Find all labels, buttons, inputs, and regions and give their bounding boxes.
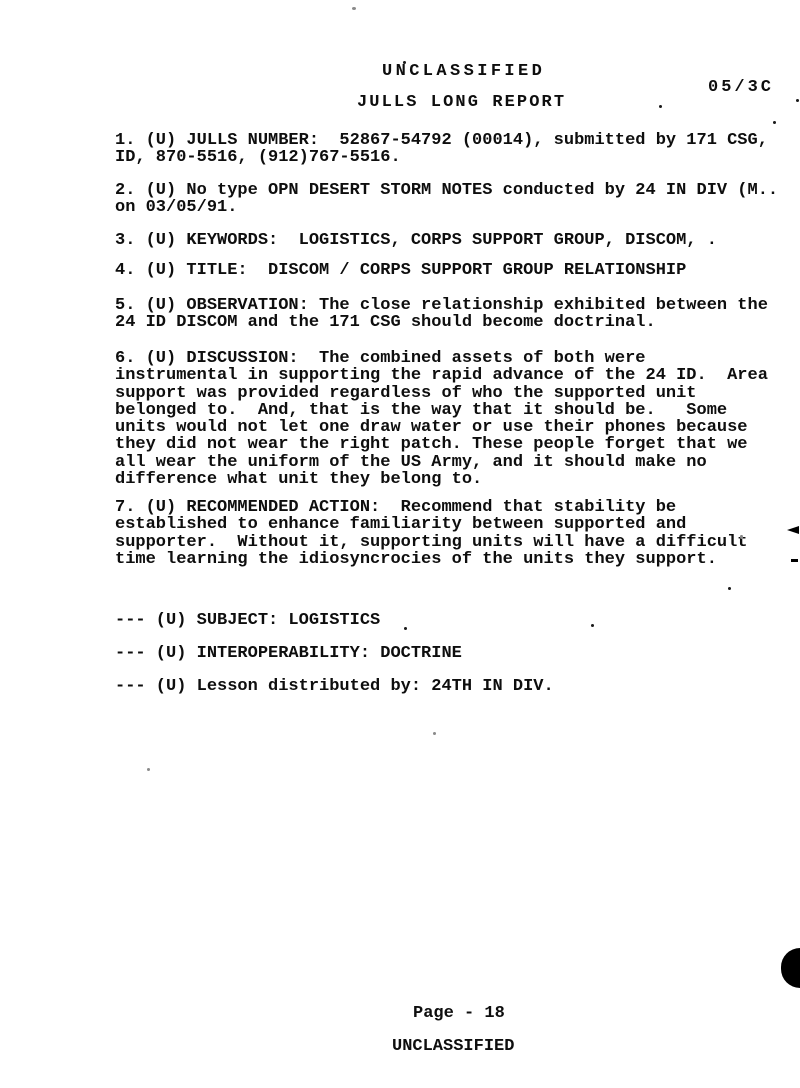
scan-speck [352, 7, 356, 10]
footnote-subject: --- (U) SUBJECT: LOGISTICS [115, 612, 380, 629]
scanned-document-page: UNCLASSIFIED 05/3C JULLS LONG REPORT 1. … [0, 0, 800, 1088]
scan-speck [403, 61, 406, 64]
footnote-distribution: --- (U) Lesson distributed by: 24TH IN D… [115, 678, 554, 695]
paragraph-recommended-action: 7. (U) RECOMMENDED ACTION: Recommend tha… [115, 499, 748, 568]
paragraph-opn-notes: 2. (U) No type OPN DESERT STORM NOTES co… [115, 182, 778, 217]
classification-footer: UNCLASSIFIED [392, 1038, 514, 1055]
scan-artifact-blob [781, 948, 800, 988]
scan-speck [728, 587, 731, 590]
scan-artifact-dash [791, 559, 798, 562]
scan-speck [740, 535, 743, 539]
scan-speck [147, 768, 150, 771]
classification-header: UNCLASSIFIED [382, 63, 545, 80]
paragraph-title-line: 4. (U) TITLE: DISCOM / CORPS SUPPORT GRO… [115, 262, 686, 279]
paragraph-discussion: 6. (U) DISCUSSION: The combined assets o… [115, 350, 768, 488]
footnote-interoperability: --- (U) INTEROPERABILITY: DOCTRINE [115, 645, 462, 662]
scan-artifact-triangle [787, 526, 799, 534]
scan-speck [404, 627, 407, 630]
scan-speck [796, 99, 799, 102]
page-number: Page - 18 [413, 1005, 505, 1022]
paragraph-observation: 5. (U) OBSERVATION: The close relationsh… [115, 297, 768, 332]
scan-speck [433, 732, 436, 735]
scan-speck [591, 624, 594, 627]
report-title: JULLS LONG REPORT [357, 94, 566, 111]
paragraph-julls-number: 1. (U) JULLS NUMBER: 52867-54792 (00014)… [115, 132, 768, 167]
paragraph-keywords: 3. (U) KEYWORDS: LOGISTICS, CORPS SUPPOR… [115, 232, 717, 249]
scan-speck [773, 121, 776, 124]
report-date: 05/3C [708, 79, 774, 96]
scan-speck [659, 105, 662, 108]
